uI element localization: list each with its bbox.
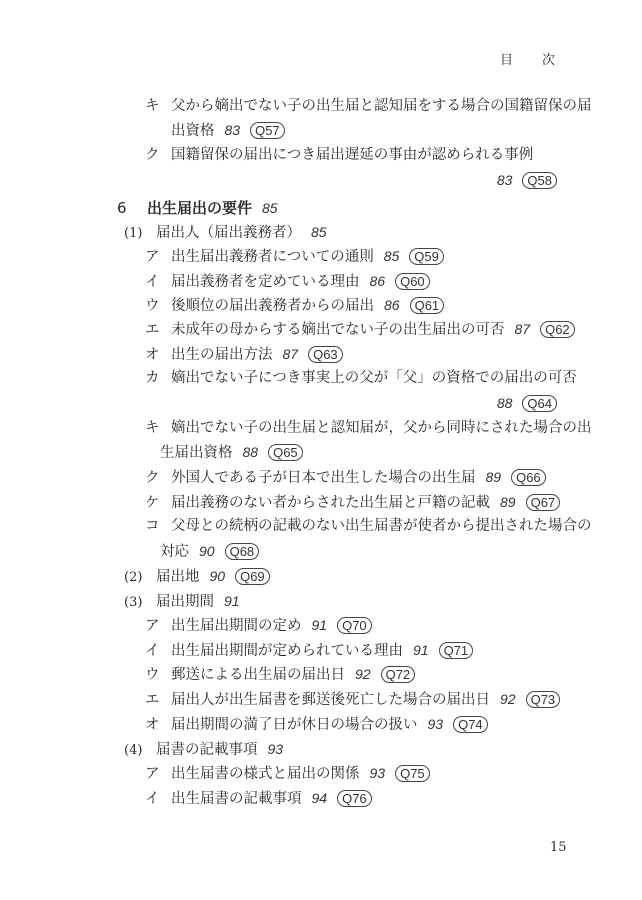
- item-text: 届出義務者を定めている理由: [171, 274, 360, 290]
- item-marker: エ: [145, 320, 171, 340]
- page-ref: 85: [262, 200, 278, 216]
- page-ref: 92: [500, 691, 516, 707]
- question-badge[interactable]: Q68: [225, 543, 260, 560]
- page-ref: 94: [312, 790, 328, 806]
- item-marker: オ: [145, 345, 171, 365]
- item-marker: イ: [145, 641, 171, 661]
- toc-item-continuation[interactable]: 83Q58: [145, 170, 557, 191]
- toc-item[interactable]: ク国籍留保の届出につき届出遅延の事由が認められる事例: [145, 145, 533, 165]
- item-marker: ク: [145, 468, 171, 488]
- question-badge[interactable]: Q63: [308, 346, 343, 363]
- item-marker: エ: [145, 690, 171, 710]
- item-marker: ア: [145, 247, 171, 267]
- toc-item[interactable]: オ出生の届出方法87Q63: [145, 344, 343, 365]
- item-text-cont: 出資格: [171, 123, 215, 139]
- toc-item-continuation[interactable]: 出資格83Q57: [171, 120, 285, 141]
- section-number: 6: [117, 198, 147, 218]
- item-text: 嫡出でない子につき事実上の父が「父」の資格での届出の可否: [171, 370, 577, 386]
- item-text: 出生届出義務者についての通則: [171, 249, 374, 265]
- toc-item[interactable]: ア出生届出義務者についての通則85Q59: [145, 246, 444, 267]
- item-text: 出生届出期間が定められている理由: [171, 643, 403, 659]
- question-badge[interactable]: Q66: [511, 469, 546, 486]
- item-marker: キ: [145, 418, 171, 438]
- question-badge[interactable]: Q57: [250, 122, 285, 139]
- subsection-heading[interactable]: (2)届出地90Q69: [124, 566, 270, 588]
- toc-item[interactable]: ケ届出義務のない者からされた出生届と戸籍の記載89Q67: [145, 492, 560, 513]
- page-ref: 93: [428, 716, 444, 732]
- item-marker: キ: [145, 96, 171, 116]
- subsection-title: 届出期間: [156, 594, 214, 610]
- subsection-heading[interactable]: (1)届出人（届出義務者）85: [124, 222, 327, 244]
- toc-item[interactable]: イ届出義務者を定めている理由86Q60: [145, 271, 430, 292]
- item-text: 父から嫡出でない子の出生届と認知届をする場合の国籍留保の届: [171, 98, 592, 114]
- question-badge[interactable]: Q73: [526, 691, 561, 708]
- subsection-marker: (4): [124, 741, 156, 761]
- item-text: 郵送による出生届の届出日: [171, 667, 345, 683]
- item-text: 出生届書の様式と届出の関係: [171, 766, 360, 782]
- item-text: 出生届出期間の定め: [171, 618, 302, 634]
- subsection-title: 届出地: [156, 569, 200, 585]
- subsection-heading[interactable]: (4)届書の記載事項93: [124, 739, 283, 761]
- toc-item[interactable]: ア出生届書の様式と届出の関係93Q75: [145, 763, 430, 784]
- toc-item[interactable]: ク外国人である子が日本で出生した場合の出生届89Q66: [145, 467, 546, 488]
- item-text: 届出人が出生届書を郵送後死亡した場合の届出日: [171, 692, 490, 708]
- subsection-title: 届書の記載事項: [156, 742, 258, 758]
- item-marker: ウ: [145, 296, 171, 316]
- toc-item[interactable]: カ嫡出でない子につき事実上の父が「父」の資格での届出の可否: [145, 368, 577, 388]
- page-ref: 83: [497, 172, 513, 188]
- item-text: 嫡出でない子の出生届と認知届が，父から同時にされた場合の出: [171, 420, 592, 436]
- item-marker: ウ: [145, 665, 171, 685]
- item-marker: イ: [145, 789, 171, 809]
- page-ref: 87: [515, 321, 531, 337]
- question-badge[interactable]: Q65: [268, 444, 303, 461]
- toc-item[interactable]: キ嫡出でない子の出生届と認知届が，父から同時にされた場合の出: [145, 418, 592, 438]
- subsection-marker: (3): [124, 593, 156, 613]
- page-ref: 89: [486, 469, 502, 485]
- item-text: 出生の届出方法: [171, 347, 273, 363]
- toc-item[interactable]: エ未成年の母からする嫡出でない子の出生届出の可否87Q62: [145, 319, 575, 340]
- question-badge[interactable]: Q62: [540, 321, 575, 338]
- item-marker: イ: [145, 272, 171, 292]
- item-text: 後順位の届出義務者からの届出: [171, 298, 374, 314]
- page-ref: 85: [311, 224, 327, 240]
- toc-item[interactable]: ウ郵送による出生届の届出日92Q72: [145, 664, 415, 685]
- question-badge[interactable]: Q71: [439, 642, 474, 659]
- item-text: 届出義務のない者からされた出生届と戸籍の記載: [171, 495, 490, 511]
- subsection-heading[interactable]: (3)届出期間91: [124, 591, 240, 613]
- page-ref: 83: [225, 122, 241, 138]
- item-text: 出生届書の記載事項: [171, 791, 302, 807]
- toc-item-continuation[interactable]: 生届出資格88Q65: [160, 442, 303, 463]
- item-text: 外国人である子が日本で出生した場合の出生届: [171, 470, 476, 486]
- question-badge[interactable]: Q61: [410, 297, 445, 314]
- page-ref: 87: [283, 346, 299, 362]
- question-badge[interactable]: Q76: [337, 790, 372, 807]
- question-badge[interactable]: Q75: [395, 765, 430, 782]
- toc-item[interactable]: イ出生届書の記載事項94Q76: [145, 788, 372, 809]
- item-marker: ア: [145, 616, 171, 636]
- question-badge[interactable]: Q60: [395, 273, 430, 290]
- header-char-1: 目: [500, 49, 513, 68]
- item-marker: カ: [145, 368, 171, 388]
- subsection-marker: (2): [124, 568, 156, 588]
- item-marker: ア: [145, 764, 171, 784]
- page-ref: 88: [497, 395, 513, 411]
- toc-item[interactable]: ウ後順位の届出義務者からの届出86Q61: [145, 295, 444, 316]
- question-badge[interactable]: Q69: [235, 568, 270, 585]
- question-badge[interactable]: Q72: [381, 666, 416, 683]
- page-ref: 90: [199, 543, 215, 559]
- question-badge[interactable]: Q74: [453, 716, 488, 733]
- page-number: 15: [550, 840, 567, 855]
- item-marker: コ: [145, 516, 171, 536]
- page-ref: 90: [210, 568, 226, 584]
- item-marker: ケ: [145, 493, 171, 513]
- question-badge[interactable]: Q67: [526, 494, 561, 511]
- item-text: 届出期間の満了日が休日の場合の扱い: [171, 717, 418, 733]
- page-ref: 86: [370, 273, 386, 289]
- item-text-cont: 生届出資格: [160, 445, 233, 461]
- section-heading[interactable]: 6出生届出の要件85: [117, 198, 278, 218]
- page-ref: 91: [413, 642, 429, 658]
- question-badge[interactable]: Q64: [522, 395, 557, 412]
- item-text: 未成年の母からする嫡出でない子の出生届出の可否: [171, 322, 505, 338]
- item-marker: オ: [145, 715, 171, 735]
- item-text: 父母との続柄の記載のない出生届書が使者から提出された場合の: [171, 518, 592, 534]
- toc-item[interactable]: オ届出期間の満了日が休日の場合の扱い93Q74: [145, 714, 488, 735]
- page-ref: 91: [312, 617, 328, 633]
- item-text-cont: 対応: [160, 544, 189, 560]
- toc-item[interactable]: イ出生届出期間が定められている理由91Q71: [145, 640, 473, 661]
- header-char-2: 次: [542, 49, 555, 68]
- item-marker: ク: [145, 145, 171, 165]
- toc-item[interactable]: キ父から嫡出でない子の出生届と認知届をする場合の国籍留保の届: [145, 96, 592, 116]
- page-ref: 86: [384, 297, 400, 313]
- question-badge[interactable]: Q59: [409, 248, 444, 265]
- page-ref: 88: [243, 444, 259, 460]
- subsection-title: 届出人（届出義務者）: [156, 225, 301, 241]
- page-ref: 93: [268, 741, 284, 757]
- page-ref: 89: [500, 494, 516, 510]
- item-text: 国籍留保の届出につき届出遅延の事由が認められる事例: [171, 147, 533, 163]
- question-badge[interactable]: Q58: [522, 172, 557, 189]
- page-ref: 93: [370, 765, 386, 781]
- toc-item-continuation[interactable]: 88Q64: [145, 393, 557, 414]
- toc-item[interactable]: ア出生届出期間の定め91Q70: [145, 615, 372, 636]
- toc-item-continuation[interactable]: 対応90Q68: [160, 541, 259, 562]
- page-ref: 85: [384, 248, 400, 264]
- page-ref: 92: [355, 666, 371, 682]
- section-title: 出生届出の要件: [147, 199, 252, 217]
- question-badge[interactable]: Q70: [337, 617, 372, 634]
- toc-item[interactable]: コ父母との続柄の記載のない出生届書が使者から提出された場合の: [145, 516, 592, 536]
- toc-item[interactable]: エ届出人が出生届書を郵送後死亡した場合の届出日92Q73: [145, 689, 560, 710]
- page-ref: 91: [224, 593, 240, 609]
- subsection-marker: (1): [124, 224, 156, 244]
